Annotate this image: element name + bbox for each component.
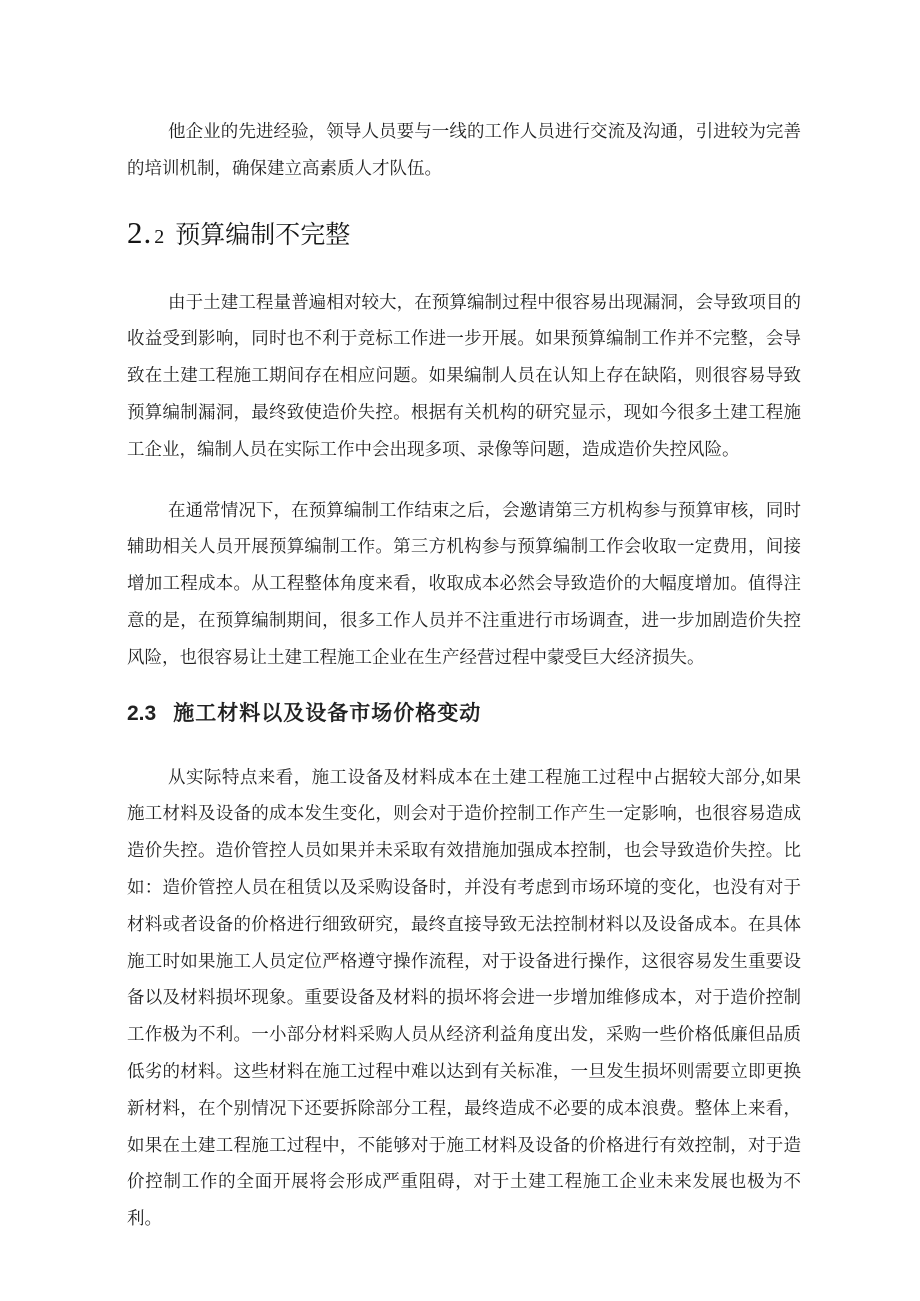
section-2-2-paragraph-1: 由于土建工程量普遍相对较大，在预算编制过程中很容易出现漏洞，会导致项目的收益受到… [127,284,801,468]
section-2-2-number-major: 2. [127,215,152,250]
section-2-2-paragraph-2: 在通常情况下，在预算编制工作结束之后，会邀请第三方机构参与预算审核，同时辅助相关… [127,492,801,676]
section-2-3-paragraph-1: 从实际特点来看，施工设备及材料成本在土建工程施工过程中占据较大部分,如果施工材料… [127,759,801,1237]
section-2-2-title: 预算编制不完整 [175,222,350,249]
section-2-3-heading: 2.3施工材料以及设备市场价格变动 [127,693,801,734]
section-2-2-heading: 2.2预算编制不完整 [127,211,801,259]
section-2-3-title: 施工材料以及设备市场价格变动 [173,702,481,725]
section-2-2-number-minor: 2 [154,226,164,248]
section-2-3-number: 2.3 [127,702,156,725]
document-page: 他企业的先进经验，领导人员要与一线的工作人员进行交流及沟通，引进较为完善的培训机… [0,0,920,1301]
intro-paragraph: 他企业的先进经验，领导人员要与一线的工作人员进行交流及沟通，引进较为完善的培训机… [127,113,801,187]
